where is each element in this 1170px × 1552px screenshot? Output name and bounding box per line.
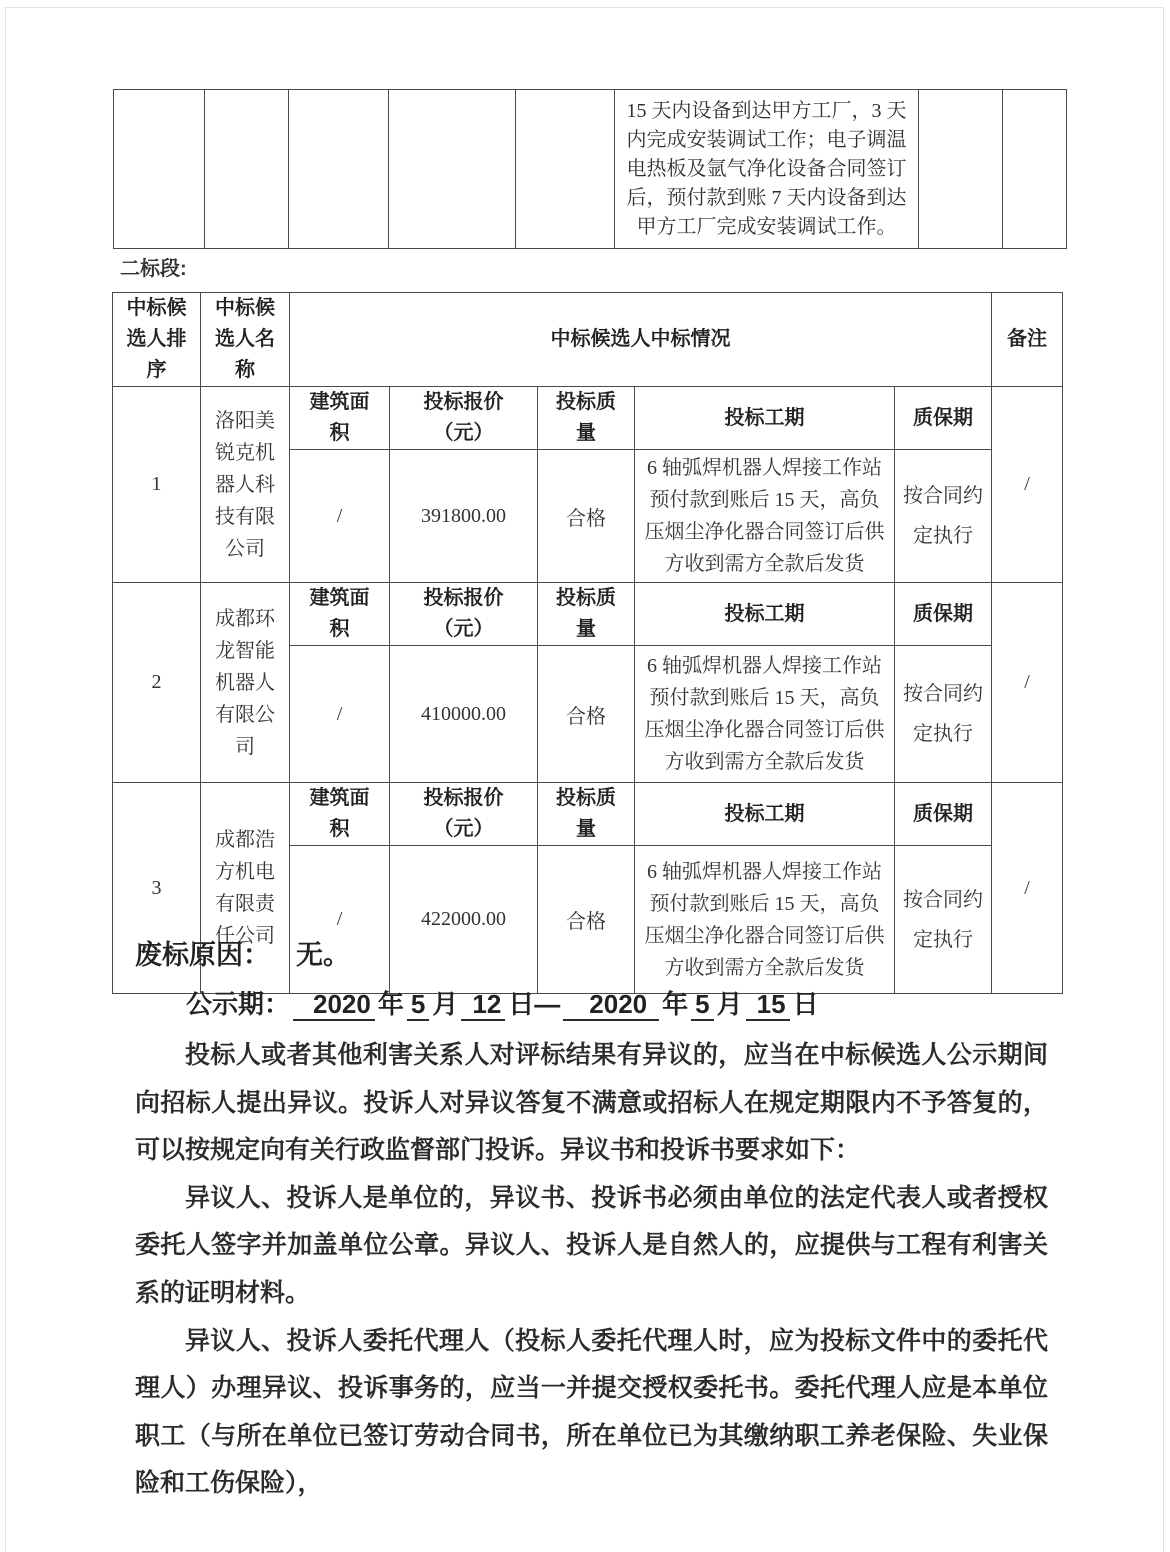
remark-value: / [992, 387, 1063, 583]
publicity-period-line: 公示期：2020年5月12日—2020年5月15日 [183, 986, 1170, 1022]
warranty-value: 按合同约定执行 [895, 450, 992, 583]
delivery-terms-cell: 15 天内设备到达甲方工厂，3 天内完成安装调试工作；电子调温电热板及氩气净化设… [615, 90, 919, 249]
table-row: 1 洛阳美锐克机器人科技有限公司 建筑面积 投标报价（元） 投标质量 投标工期 … [113, 387, 1063, 450]
top-table-cell [516, 90, 615, 249]
publicity-day-start: 12 [461, 989, 505, 1021]
notice-paragraphs: 投标人或者其他利害关系人对评标结果有异议的，应当在中标候选人公示期间向招标人提出… [135, 1032, 1048, 1508]
rank-cell: 1 [113, 387, 201, 583]
sub-header-price: 投标报价（元） [390, 583, 538, 646]
reject-reason-line: 废标原因：无。 [135, 938, 1170, 972]
duration-value: 6 轴弧焊机器人焊接工作站预付款到账后 15 天，高负压烟尘净化器合同签订后供方… [635, 646, 895, 783]
unit-month: 月 [714, 989, 746, 1019]
document-page: 15 天内设备到达甲方工厂，3 天内完成安装调试工作；电子调温电热板及氩气净化设… [0, 0, 1170, 1552]
table-row: 3 成都浩方机电有限责任公司 建筑面积 投标报价（元） 投标质量 投标工期 质保… [113, 783, 1063, 846]
paragraph: 投标人或者其他利害关系人对评标结果有异议的，应当在中标候选人公示期间向招标人提出… [135, 1032, 1048, 1175]
top-continuation-table: 15 天内设备到达甲方工厂，3 天内完成安装调试工作；电子调温电热板及氩气净化设… [113, 89, 1067, 249]
price-value: 391800.00 [390, 450, 538, 583]
sub-header-warranty: 质保期 [895, 783, 992, 846]
publicity-year-start: 2020 [293, 989, 375, 1021]
table-row: 2 成都环龙智能机器人有限公司 建筑面积 投标报价（元） 投标质量 投标工期 质… [113, 583, 1063, 646]
sub-header-duration: 投标工期 [635, 783, 895, 846]
sub-header-quality: 投标质量 [538, 387, 635, 450]
bid-candidates-table: 中标候选人排序 中标候选人名称 中标候选人中标情况 备注 1 洛阳美锐克机器人科… [112, 292, 1063, 994]
publicity-month-start: 5 [407, 989, 429, 1021]
footer-text-block: 废标原因：无。 公示期：2020年5月12日—2020年5月15日 投标人或者其… [0, 938, 1170, 1508]
unit-year: 年 [659, 989, 691, 1019]
company-cell: 成都环龙智能机器人有限公司 [201, 583, 290, 783]
section-label: 二标段: [120, 252, 187, 281]
area-value: / [290, 646, 390, 783]
top-table-cell [1003, 90, 1067, 249]
sub-header-quality: 投标质量 [538, 583, 635, 646]
sub-header-area: 建筑面积 [290, 583, 390, 646]
publicity-label: 公示期： [183, 989, 293, 1019]
unit-day: 日 [790, 989, 822, 1019]
reject-reason-value: 无。 [296, 940, 350, 970]
paragraph: 异议人、投诉人委托代理人（投标人委托代理人时，应为投标文件中的委托代理人）办理异… [135, 1318, 1048, 1508]
price-value: 410000.00 [390, 646, 538, 783]
quality-value: 合格 [538, 450, 635, 583]
publicity-month-end: 5 [691, 989, 713, 1021]
top-table-cell [114, 90, 205, 249]
sub-header-warranty: 质保期 [895, 387, 992, 450]
col-header-remark: 备注 [992, 293, 1063, 387]
sub-header-area: 建筑面积 [290, 783, 390, 846]
unit-day-dash: 日— [505, 989, 563, 1019]
area-value: / [290, 450, 390, 583]
top-table-cell [205, 90, 289, 249]
sub-header-area: 建筑面积 [290, 387, 390, 450]
top-table-cell [289, 90, 389, 249]
table-header-row: 中标候选人排序 中标候选人名称 中标候选人中标情况 备注 [113, 293, 1063, 387]
publicity-day-end: 15 [746, 989, 790, 1021]
sub-header-warranty: 质保期 [895, 583, 992, 646]
remark-value: / [992, 583, 1063, 783]
col-header-name: 中标候选人名称 [201, 293, 290, 387]
publicity-year-end: 2020 [563, 989, 659, 1021]
paragraph: 异议人、投诉人是单位的，异议书、投诉书必须由单位的法定代表人或者授权委托人签字并… [135, 1175, 1048, 1318]
sub-header-price: 投标报价（元） [390, 387, 538, 450]
sub-header-duration: 投标工期 [635, 583, 895, 646]
rank-cell: 2 [113, 583, 201, 783]
company-cell: 洛阳美锐克机器人科技有限公司 [201, 387, 290, 583]
sub-header-duration: 投标工期 [635, 387, 895, 450]
warranty-value: 按合同约定执行 [895, 646, 992, 783]
top-table-cell [389, 90, 516, 249]
unit-month: 月 [429, 989, 461, 1019]
unit-year: 年 [375, 989, 407, 1019]
reject-reason-label: 废标原因： [135, 940, 270, 970]
col-header-situation: 中标候选人中标情况 [290, 293, 992, 387]
col-header-rank: 中标候选人排序 [113, 293, 201, 387]
duration-value: 6 轴弧焊机器人焊接工作站预付款到账后 15 天，高负压烟尘净化器合同签订后供方… [635, 450, 895, 583]
sub-header-price: 投标报价（元） [390, 783, 538, 846]
quality-value: 合格 [538, 646, 635, 783]
top-table-cell [919, 90, 1003, 249]
sub-header-quality: 投标质量 [538, 783, 635, 846]
